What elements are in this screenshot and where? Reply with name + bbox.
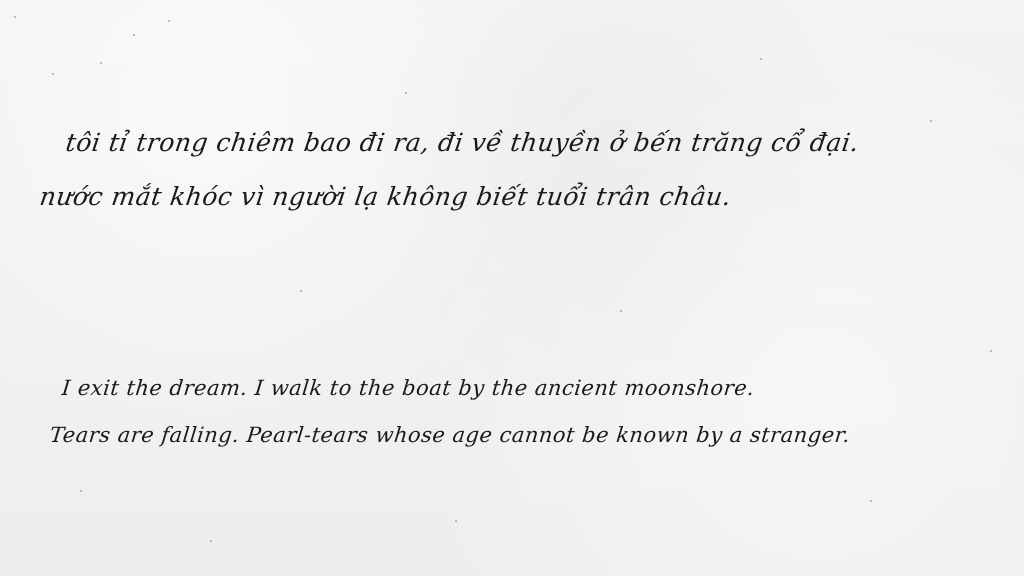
english-line-2: Tears are falling. Pearl-tears whose age… xyxy=(49,423,852,447)
paper-speck xyxy=(760,58,762,60)
paper-speck xyxy=(14,16,16,18)
vietnamese-line-1: tôi tỉ trong chiêm bao đi ra, đi về thuy… xyxy=(64,128,861,157)
paper-speck xyxy=(210,540,212,542)
paper-background xyxy=(0,0,1024,576)
paper-speck xyxy=(930,120,932,122)
paper-speck xyxy=(168,20,170,22)
paper-speck xyxy=(455,520,457,522)
paper-speck xyxy=(620,310,622,312)
paper-speck xyxy=(870,500,872,502)
paper-speck xyxy=(100,62,102,64)
vietnamese-line-2: nước mắt khóc vì người lạ không biết tuổ… xyxy=(38,182,733,211)
paper-speck xyxy=(80,490,82,492)
paper-speck xyxy=(405,92,407,94)
english-line-1: I exit the dream. I walk to the boat by … xyxy=(61,376,756,400)
paper-speck xyxy=(300,290,302,292)
paper-speck xyxy=(990,350,992,352)
paper-speck xyxy=(133,34,135,36)
paper-speck xyxy=(52,73,54,75)
